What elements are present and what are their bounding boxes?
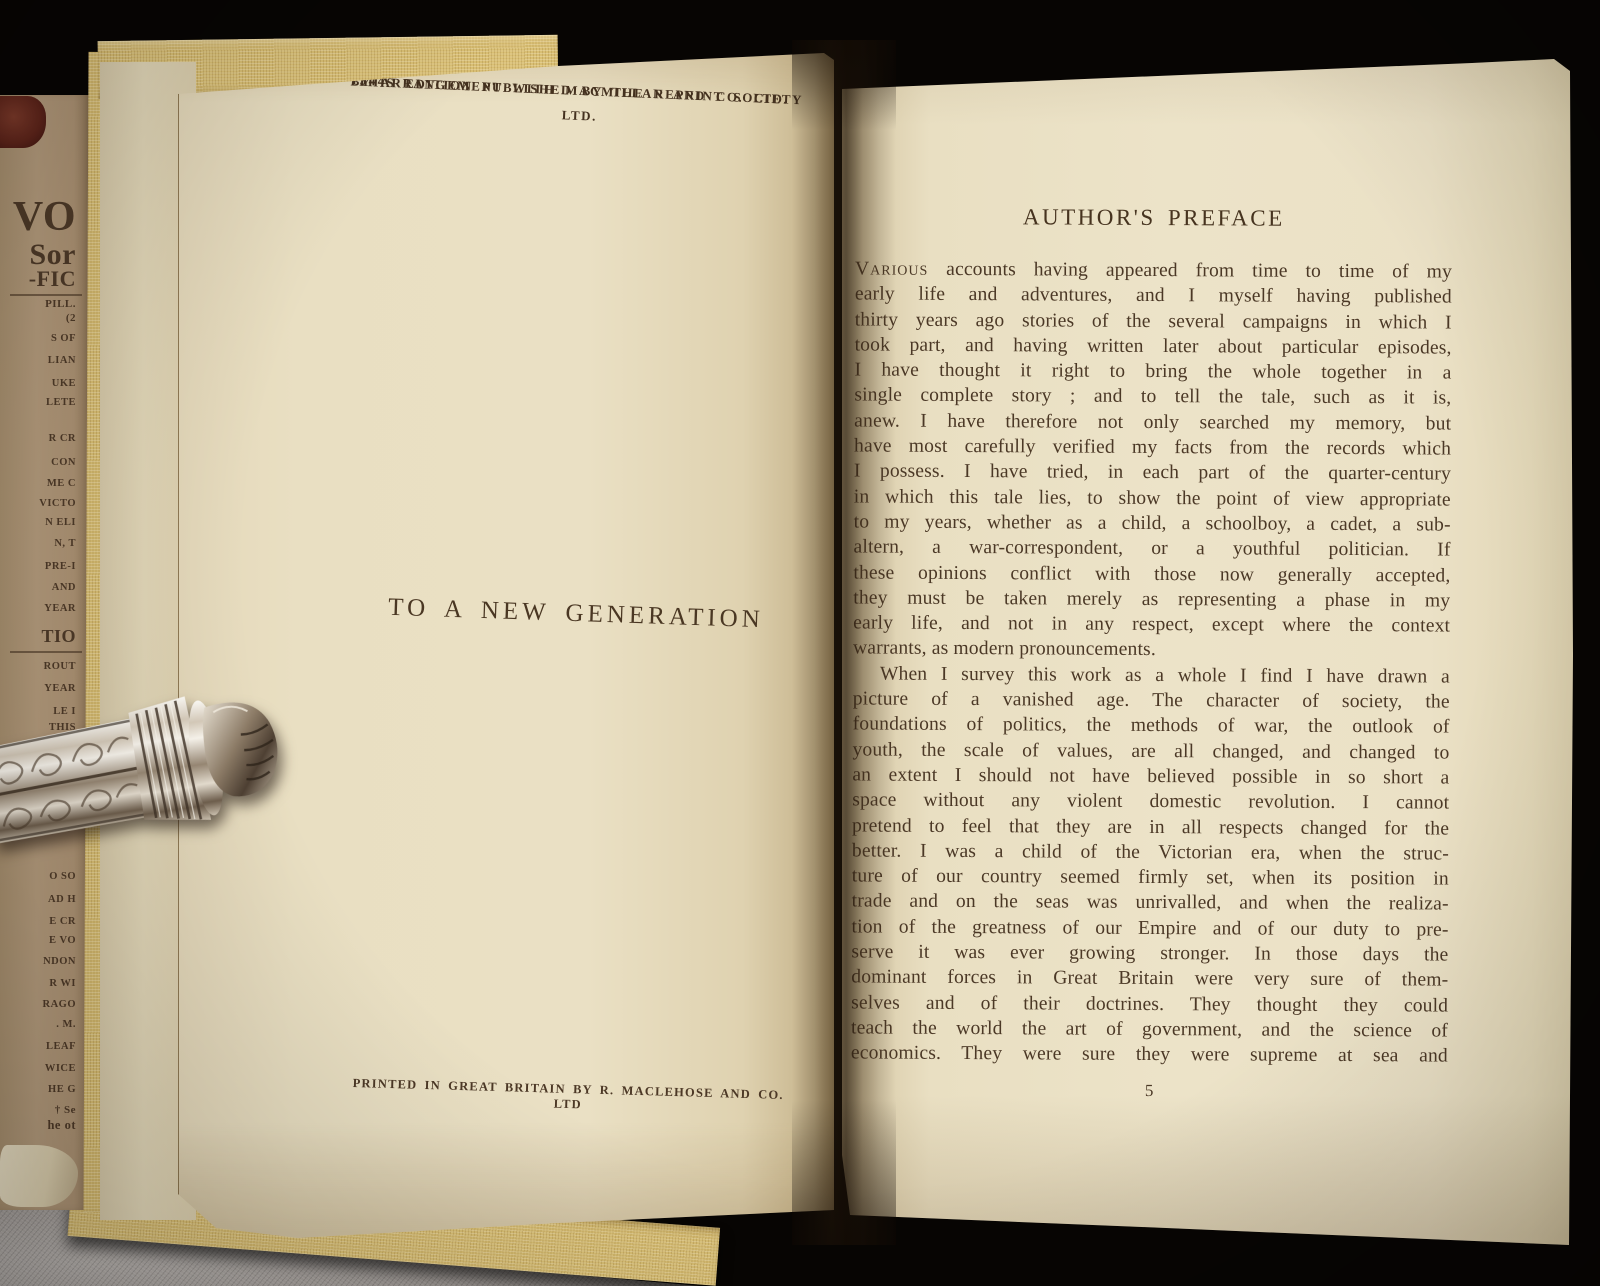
page-number: 5 — [851, 1079, 1448, 1102]
dust-jacket-red-patch — [0, 96, 46, 148]
jacket-rule — [10, 294, 82, 296]
jacket-text-fragment: ME C — [47, 479, 76, 490]
jacket-text-fragment: YEAR — [44, 604, 76, 615]
jacket-text-fragment: AND — [52, 583, 76, 594]
jacket-text-fragment: VICTO — [39, 499, 76, 510]
preface-line: trade and on the seas was unrivalled, an… — [852, 889, 1449, 917]
preface-line: selves and of their doctrines. They thou… — [851, 990, 1448, 1018]
jacket-text-fragment: S OF — [51, 334, 76, 345]
jacket-text-fragment: PILL. — [45, 299, 76, 310]
left-page: THIS EDITION PUBLISHED BY THE REPRINT SO… — [178, 42, 834, 1242]
preface-line: these opinions conflict with those now g… — [853, 560, 1450, 588]
jacket-text-fragment: UKE — [52, 379, 76, 390]
preface-line: ture of our country seemed firmly set, w… — [852, 864, 1449, 892]
preface-line: space without any violent domestic revol… — [852, 788, 1449, 816]
jacket-text-fragment: E VO — [49, 936, 76, 947]
dedication-text: TO A NEW GENERATION — [376, 593, 777, 634]
torn-page-edge — [0, 1145, 78, 1207]
jacket-text-fragment: TIO — [41, 627, 76, 645]
dust-jacket-flap: VOSor-FICPILL.(2S OFLIANUKELETER CRCONME… — [0, 95, 92, 1210]
preface-line: pretend to feel that they are in all res… — [852, 813, 1449, 841]
jacket-text-fragment: ROUT — [44, 662, 76, 673]
jacket-text-fragment: R WI — [49, 979, 76, 990]
preface-line: to my years, whether as a child, a schoo… — [854, 509, 1451, 537]
right-page: AUTHOR'S PREFACE Various accounts having… — [842, 55, 1575, 1250]
preface-line: dominant forces in Great Britain were ve… — [851, 965, 1448, 993]
preface-line: I possess. I have tried, in each part of… — [854, 459, 1451, 487]
clip-ornate-band — [0, 719, 145, 844]
preface-heading: AUTHOR'S PREFACE — [855, 203, 1452, 232]
preface-line: have most carefully verified my facts fr… — [854, 434, 1451, 462]
preface-line: single complete story ; and to tell the … — [854, 383, 1451, 411]
jacket-rule — [10, 651, 82, 653]
jacket-text-fragment: † Se — [55, 1105, 76, 1116]
jacket-text-fragment: he ot — [47, 1119, 76, 1132]
jacket-text-fragment: WICE — [45, 1064, 76, 1075]
jacket-text-fragment: LIAN — [48, 356, 76, 367]
preface-line: in which this tale lies, to show the poi… — [854, 484, 1451, 512]
preface-line: they must be taken merely as representin… — [853, 585, 1450, 613]
jacket-text-fragment: N ELI — [45, 518, 76, 529]
jacket-text-fragment: YEAR — [44, 684, 76, 695]
preface-line: youth, the scale of values, are all chan… — [852, 737, 1449, 765]
preface-line: better. I was a child of the Victorian e… — [852, 838, 1449, 866]
preface-line: I have thought it right to bring the who… — [854, 358, 1451, 386]
preface-line: early life, and not in any respect, exce… — [853, 611, 1450, 639]
printer-line: PRINTED IN GREAT BRITAIN BY R. MACLEHOSE… — [338, 1076, 799, 1119]
preface-line: When I survey this work as a whole I fin… — [853, 661, 1450, 689]
jacket-text-fragment: NDON — [43, 957, 76, 968]
jacket-text-fragment: VO — [13, 196, 76, 238]
preface-line: foundations of politics, the methods of … — [853, 712, 1450, 740]
preface-line: economics. They were sure they were supr… — [851, 1041, 1448, 1069]
jacket-text-fragment: E CR — [49, 917, 76, 928]
preface-line: warrants, as modern pronouncements. — [853, 636, 1450, 664]
preface-lines: Various accounts having appeared from ti… — [851, 256, 1452, 1069]
book-photo-stage: VOSor-FICPILL.(2S OFLIANUKELETER CRCONME… — [0, 0, 1600, 1286]
preface-line: early life and adventures, and I myself … — [855, 282, 1452, 310]
preface-line: picture of a vanished age. The character… — [853, 686, 1450, 714]
jacket-text-fragment: AD H — [48, 895, 76, 906]
jacket-text-fragment: R CR — [49, 434, 76, 445]
jacket-text-fragment: HE G — [48, 1085, 76, 1096]
jacket-text-fragment: -FIC — [29, 268, 76, 290]
jacket-text-fragment: . M. — [56, 1020, 76, 1031]
jacket-text-fragment: CON — [51, 458, 76, 469]
small-caps-word: Various — [855, 258, 928, 279]
jacket-text-fragment: LETE — [46, 398, 76, 409]
jacket-text-fragment: (2 — [66, 313, 76, 324]
preface-line: teach the world the art of government, a… — [851, 1015, 1448, 1043]
preface-column: AUTHOR'S PREFACE Various accounts having… — [851, 203, 1453, 1102]
jacket-text-fragment: PRE-I — [45, 562, 76, 573]
preface-line: altern, a war-correspondent, or a youthf… — [853, 535, 1450, 563]
preface-line: thirty years ago stories of the several … — [855, 307, 1452, 335]
preface-line: took part, and having written later abou… — [855, 332, 1452, 360]
preface-line: anew. I have therefore not only searched… — [854, 408, 1451, 436]
jacket-text-fragment: LEAF — [46, 1042, 76, 1053]
jacket-text-fragment: RAGO — [43, 1000, 77, 1011]
preface-line: serve it was ever growing stronger. In t… — [851, 939, 1448, 967]
preface-line: tion of the greatness of our Empire and … — [851, 914, 1448, 942]
preface-line: an extent I should not have believed pos… — [852, 762, 1449, 790]
jacket-text-fragment: N, T — [54, 539, 76, 550]
preface-line: Various accounts having appeared from ti… — [855, 256, 1452, 284]
